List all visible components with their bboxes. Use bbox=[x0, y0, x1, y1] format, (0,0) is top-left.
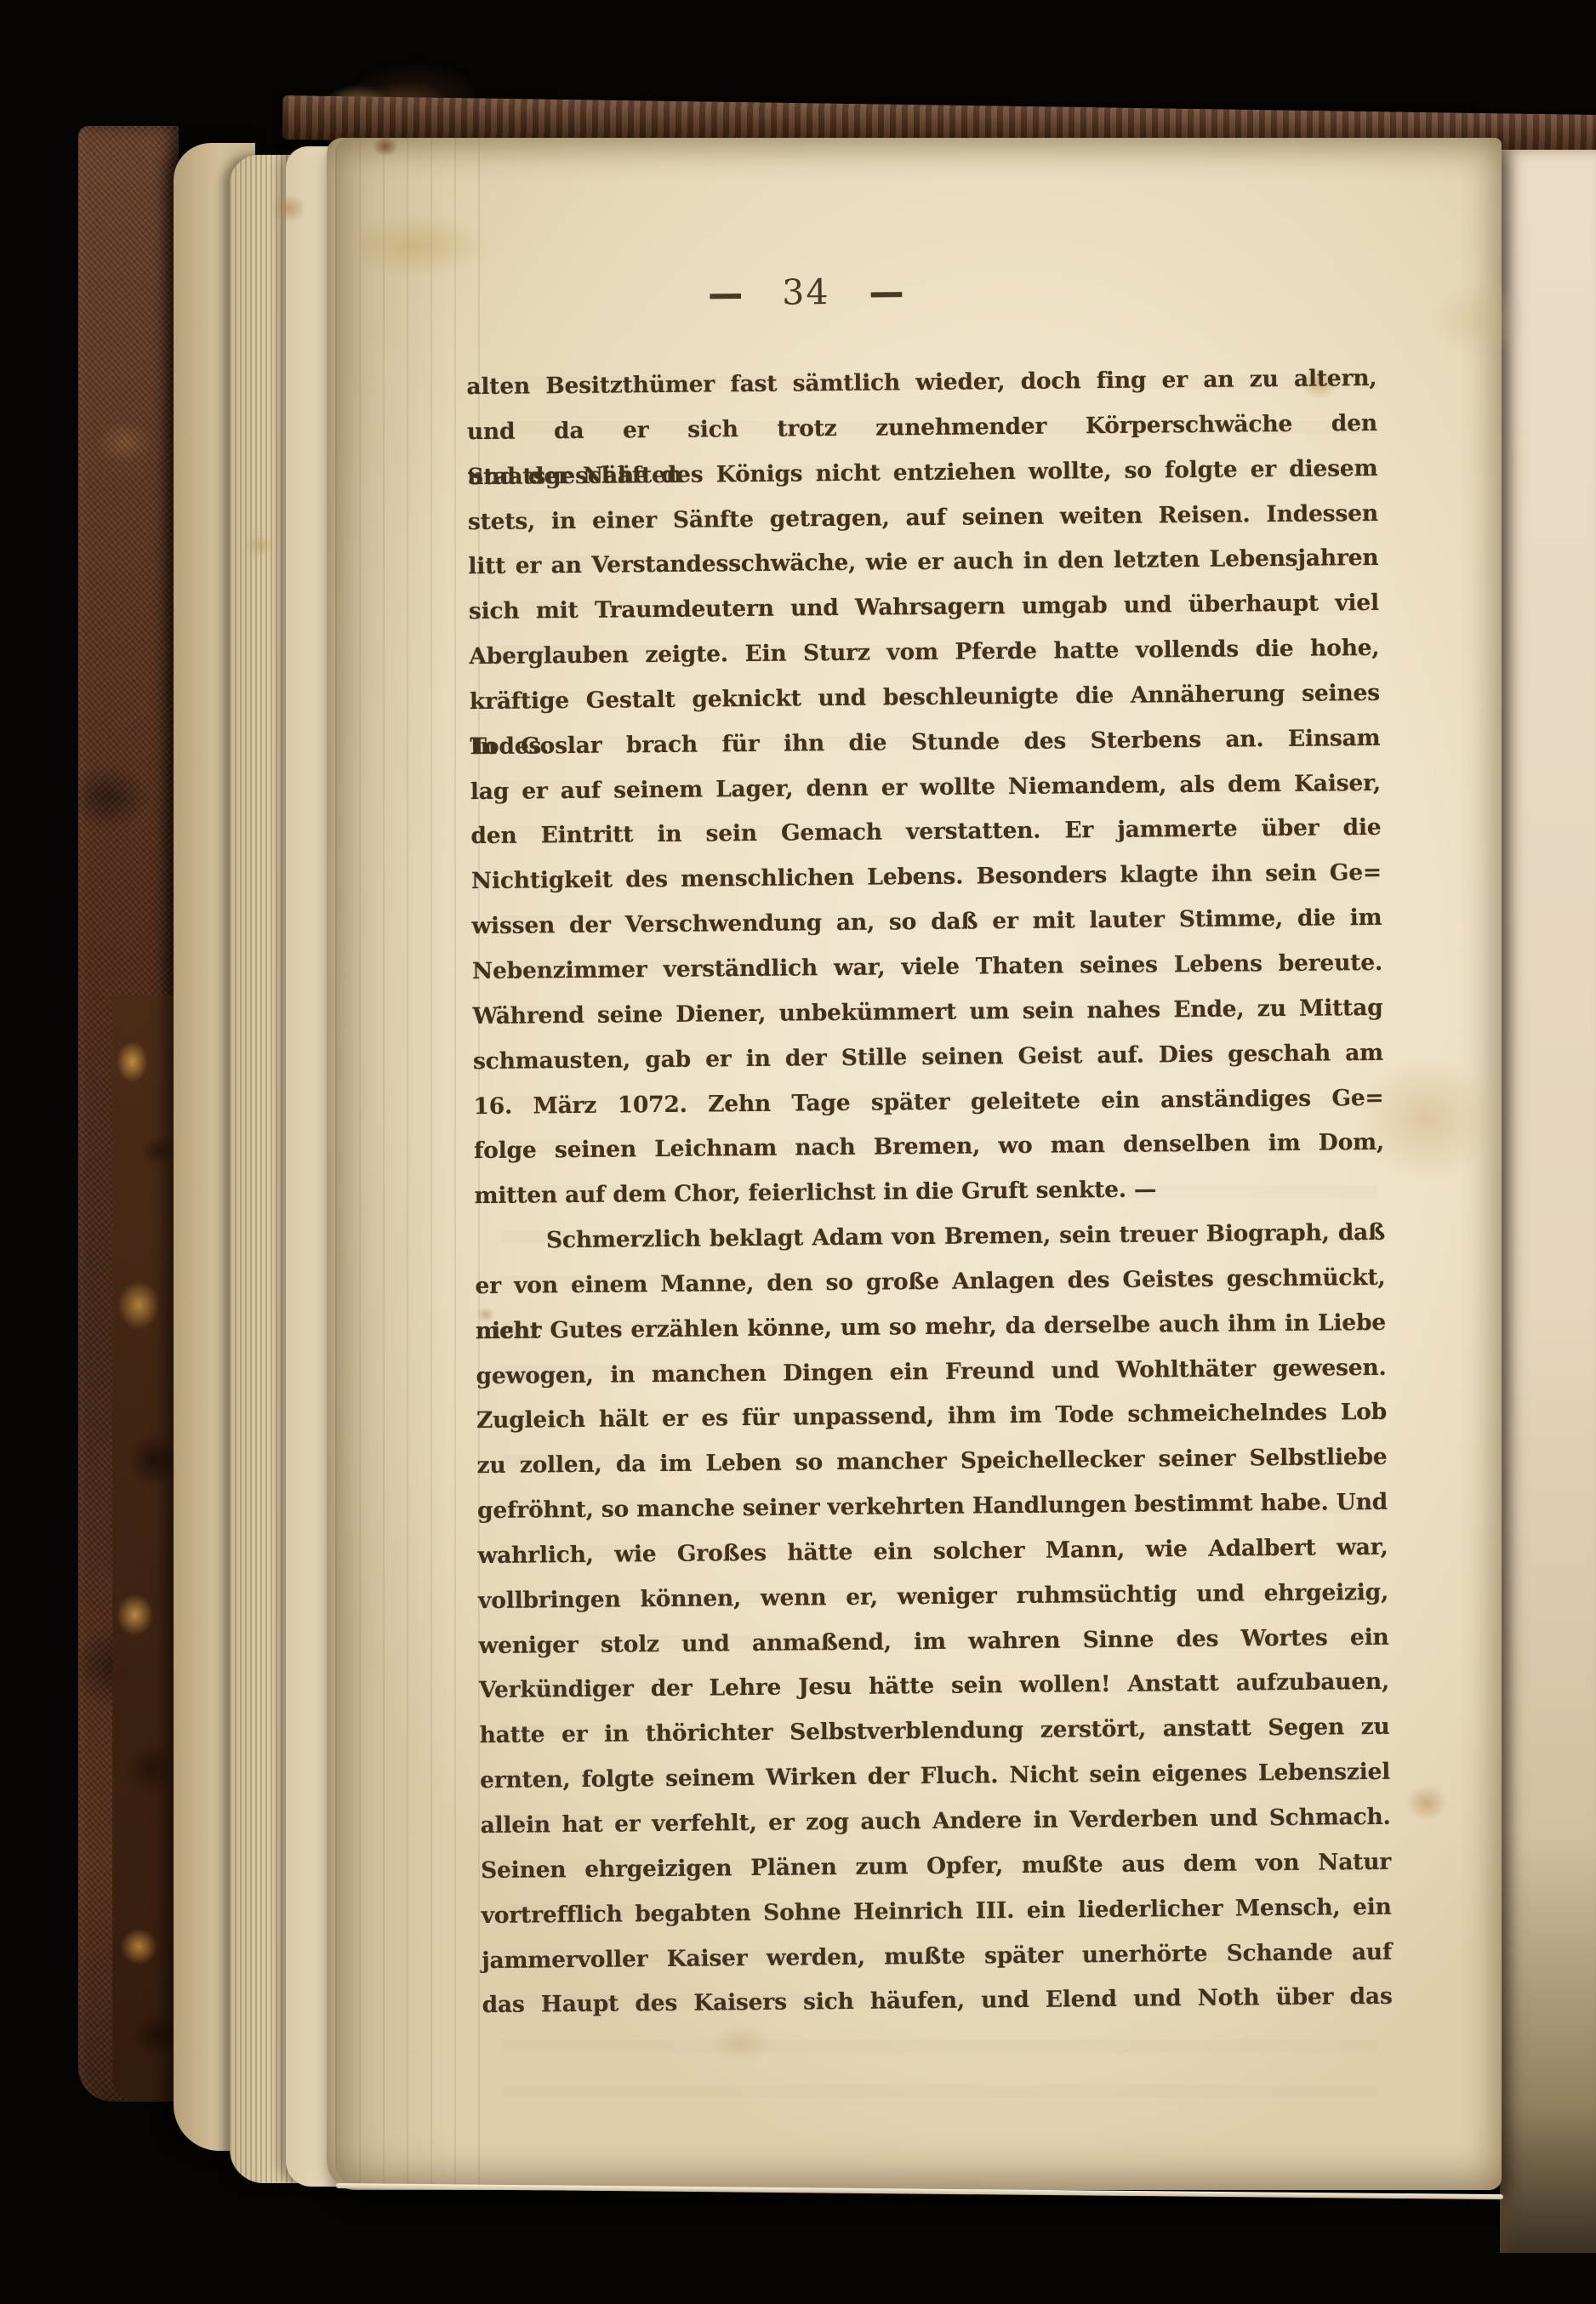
page-number: 34 bbox=[782, 271, 830, 313]
glue-stain bbox=[339, 214, 492, 277]
foxing-stain bbox=[711, 2023, 771, 2062]
gutter-creases bbox=[335, 138, 480, 2190]
text-line: vollbringen können, wenn er, weniger ruh… bbox=[478, 1571, 1388, 1624]
text-line: In Goslar brach für ihn die Stunde des S… bbox=[470, 716, 1380, 770]
page-header: — 34 — bbox=[465, 269, 1146, 317]
text-block: — 34 — alten Besitzthümer fast sämtlich … bbox=[465, 266, 1393, 2028]
text-line: vortrefflich begabten Sohne Heinrich III… bbox=[481, 1885, 1391, 1939]
text-line: schmausten, gab er in der Stille seinen … bbox=[473, 1031, 1383, 1085]
text-line: und der Nähe des Königs nicht entziehen … bbox=[467, 447, 1377, 500]
text-line: das Haupt des Kaisers sich häufen, und E… bbox=[482, 1975, 1392, 2028]
scanned-book-photo: — 34 — alten Besitzthümer fast sämtlich … bbox=[0, 0, 1596, 2304]
book-cover-spine bbox=[78, 126, 179, 2102]
foxing-stain bbox=[373, 136, 398, 157]
marbled-cover-wear bbox=[112, 995, 179, 2102]
foxing-stain bbox=[245, 534, 274, 556]
foxing-stain bbox=[1429, 281, 1531, 357]
text-line: mehr Gutes erzählen könne, um so mehr, d… bbox=[476, 1301, 1386, 1354]
text-line: Seinen ehrgeizigen Plänen zum Opfer, muß… bbox=[481, 1840, 1391, 1894]
text-lines: alten Besitzthümer fast sämtlich wieder,… bbox=[466, 356, 1393, 2028]
text-line: folge seinen Leichnam nach Bremen, wo ma… bbox=[474, 1121, 1384, 1174]
header-rule-right: — bbox=[869, 265, 904, 317]
adjacent-page-edge bbox=[1500, 150, 1596, 2253]
foxing-stain bbox=[1405, 1785, 1448, 1821]
text-line: und da er sich trotz zunehmender Körpers… bbox=[467, 402, 1377, 455]
text-line: Während seine Diener, unbekümmert um sei… bbox=[472, 986, 1382, 1040]
foxing-stain bbox=[271, 194, 306, 223]
header-rule-left: — bbox=[708, 267, 744, 318]
